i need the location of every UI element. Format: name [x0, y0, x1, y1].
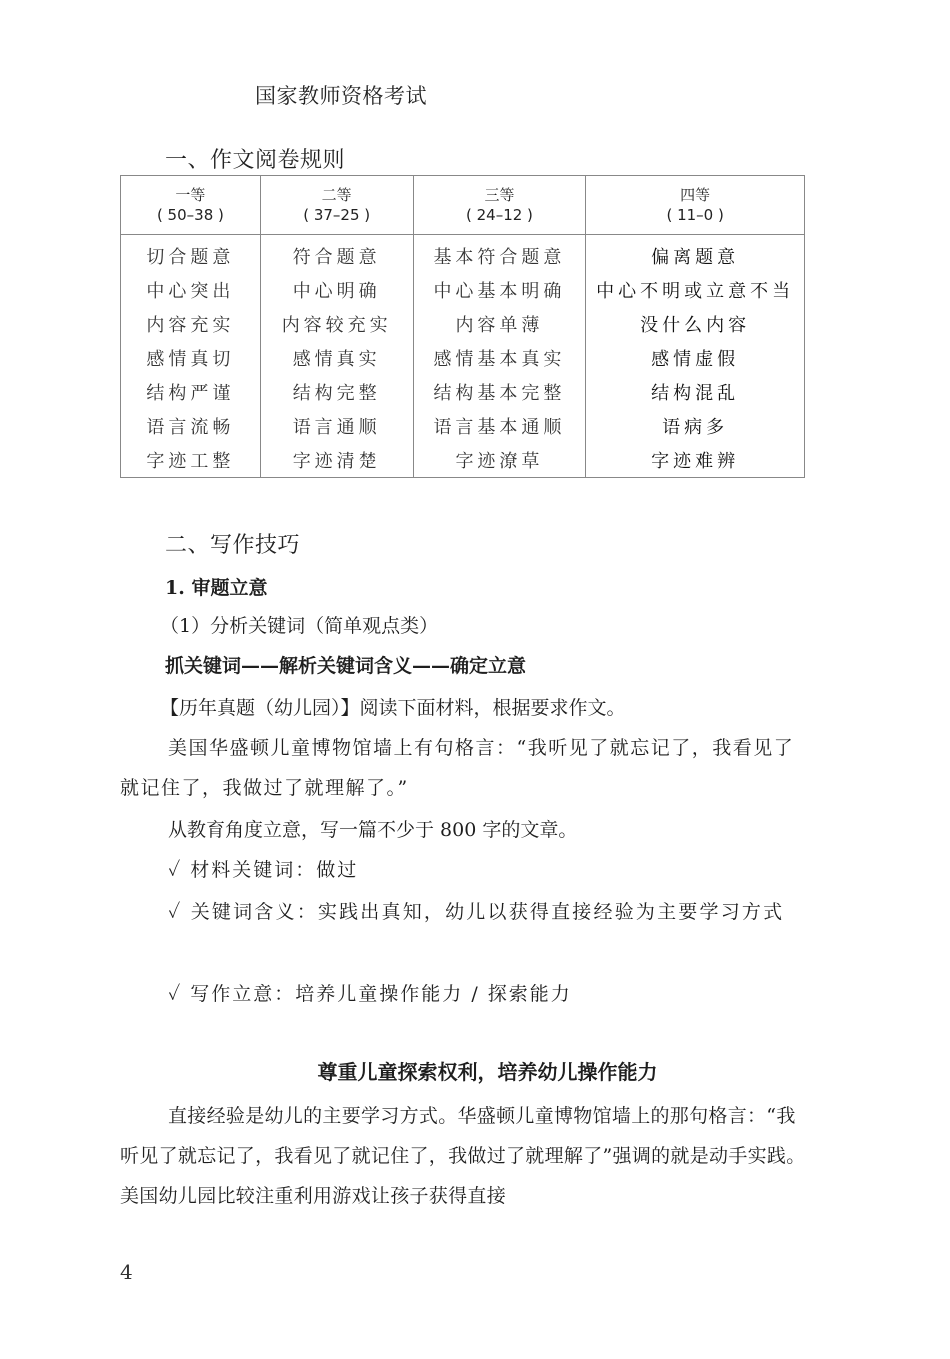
table-cell: 结构混乱 [586, 375, 805, 409]
check-item-meaning: ✓ 关键词含义：实践出真知，幼儿以获得直接经验为主要学习方式 [120, 892, 810, 932]
table-cell: 语言通顺 [260, 409, 413, 443]
table-row: 中心突出 中心明确 中心基本明确 中心不明或立意不当 [121, 273, 805, 307]
subheading-topic-analysis: 1. 审题立意 [165, 568, 805, 608]
table-cell: 内容较充实 [260, 307, 413, 341]
page-number: 4 [120, 1260, 133, 1284]
table-cell: 字迹难辨 [586, 443, 805, 478]
table-row: 感情真切 感情真实 感情基本真实 感情虚假 [121, 341, 805, 375]
table-cell: 中心基本明确 [413, 273, 586, 307]
table-cell: 内容充实 [121, 307, 261, 341]
table-row: 字迹工整 字迹清楚 字迹潦草 字迹难辨 [121, 443, 805, 478]
table-cell: 结构基本完整 [413, 375, 586, 409]
table-cell: 没什么内容 [586, 307, 805, 341]
table-cell: 符合题意 [260, 235, 413, 274]
table-header-cell: 三等( 24–12 ) [413, 176, 586, 235]
table-cell: 感情真切 [121, 341, 261, 375]
table-cell: 偏离题意 [586, 235, 805, 274]
table-cell: 基本符合题意 [413, 235, 586, 274]
item-keyword-analysis: （1）分析关键词（简单观点类） [160, 606, 800, 646]
table-row: 语言流畅 语言通顺 语言基本通顺 语病多 [121, 409, 805, 443]
essay-body: 直接经验是幼儿的主要学习方式。华盛顿儿童博物馆墙上的那句格言：“我听见了就忘记了… [120, 1096, 810, 1216]
table-cell: 感情虚假 [586, 341, 805, 375]
section-heading-reading-rules: 一、作文阅卷规则 [165, 143, 345, 174]
table-cell: 字迹潦草 [413, 443, 586, 478]
table-cell: 内容单薄 [413, 307, 586, 341]
check-item-thesis: ✓ 写作立意：培养儿童操作能力 / 探索能力 [120, 974, 810, 1014]
table-cell: 中心明确 [260, 273, 413, 307]
method-line: 抓关键词——解析关键词含义——确定立意 [165, 646, 805, 686]
table-header-cell: 一等( 50–38 ) [121, 176, 261, 235]
table-cell: 感情基本真实 [413, 341, 586, 375]
running-title: 国家教师资格考试 [255, 80, 427, 110]
table-cell: 中心不明或立意不当 [586, 273, 805, 307]
material-quote: 美国华盛顿儿童博物馆墙上有句格言：“我听见了就忘记了，我看见了就记住了，我做过了… [120, 728, 810, 808]
table-cell: 字迹清楚 [260, 443, 413, 478]
table-cell: 中心突出 [121, 273, 261, 307]
essay-title: 尊重儿童探索权利，培养幼儿操作能力 [120, 1056, 855, 1085]
table-cell: 结构严谨 [121, 375, 261, 409]
check-item-keyword: ✓ 材料关键词：做过 [120, 850, 810, 890]
section-heading-writing-skills: 二、写作技巧 [165, 528, 300, 559]
table-cell: 字迹工整 [121, 443, 261, 478]
table-cell: 切合题意 [121, 235, 261, 274]
table-cell: 感情真实 [260, 341, 413, 375]
table-header-cell: 四等( 11–0 ) [586, 176, 805, 235]
table-row: 结构严谨 结构完整 结构基本完整 结构混乱 [121, 375, 805, 409]
table-header-row: 一等( 50–38 ) 二等( 37–25 ) 三等( 24–12 ) 四等( … [121, 176, 805, 235]
table-cell: 语言流畅 [121, 409, 261, 443]
table-header-cell: 二等( 37–25 ) [260, 176, 413, 235]
table-cell: 语言基本通顺 [413, 409, 586, 443]
table-cell: 语病多 [586, 409, 805, 443]
table-cell: 结构完整 [260, 375, 413, 409]
grading-rules-table: 一等( 50–38 ) 二等( 37–25 ) 三等( 24–12 ) 四等( … [120, 175, 805, 478]
table-row: 内容充实 内容较充实 内容单薄 没什么内容 [121, 307, 805, 341]
essay-requirement: 从教育角度立意，写一篇不少于 800 字的文章。 [120, 810, 810, 850]
exam-prompt: 【历年真题（幼儿园）】阅读下面材料，根据要求作文。 [160, 688, 810, 728]
table-row: 切合题意 符合题意 基本符合题意 偏离题意 [121, 235, 805, 274]
